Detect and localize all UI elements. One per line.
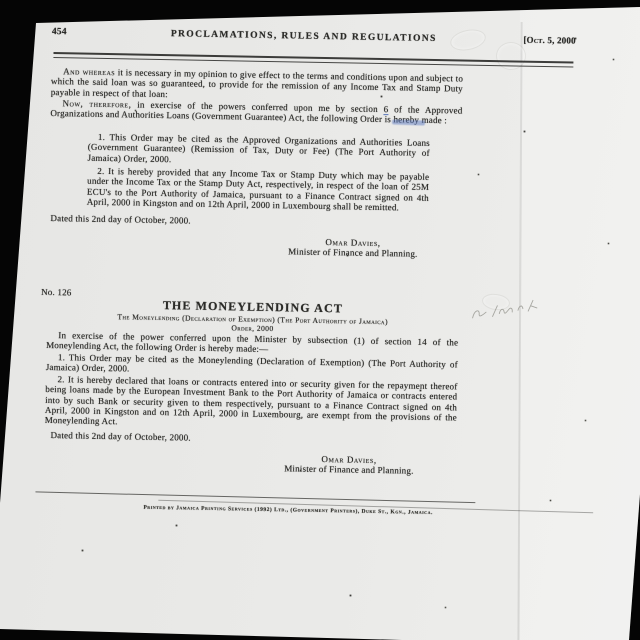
scanned-gazette-page: 454 PROCLAMATIONS, RULES AND REGULATIONS… (0, 0, 640, 640)
page-number: 454 (52, 27, 122, 39)
notice-number: No. 126 (41, 287, 72, 298)
order1-dated-line: Dated this 2nd day of October, 2000. (50, 213, 190, 226)
order1-item-1: 1. This Order may be cited as the Approv… (88, 132, 431, 169)
running-date: [Oct. 5, 2000 (486, 34, 576, 46)
order2-signature-block: Omar Davies, Minister of Finance and Pla… (214, 453, 484, 478)
scan-dust-specks (0, 0, 1, 1)
order1-item-2: 2. It is hereby provided that any Income… (87, 166, 430, 213)
page-edge-tone (520, 0, 640, 640)
order1-signature-block: Omar Davies, Minister of Finance and Pla… (218, 236, 488, 261)
order2-item-2: 2. It is hereby declared that loans or c… (45, 374, 458, 433)
printer-imprint: Printed by Jamaica Printing Services (19… (53, 503, 523, 518)
running-title: PROCLAMATIONS, RULES AND REGULATIONS (122, 28, 486, 45)
paper-sheet: 454 PROCLAMATIONS, RULES AND REGULATIONS… (0, 0, 640, 640)
paragraph-lead: And whereas (63, 66, 115, 77)
printed-content: 454 PROCLAMATIONS, RULES AND REGULATIONS… (52, 26, 576, 36)
running-header: 454 PROCLAMATIONS, RULES AND REGULATIONS… (52, 26, 576, 47)
footer-rule (35, 491, 475, 503)
order2-dated-line: Dated this 2nd day of October, 2000. (50, 430, 190, 443)
